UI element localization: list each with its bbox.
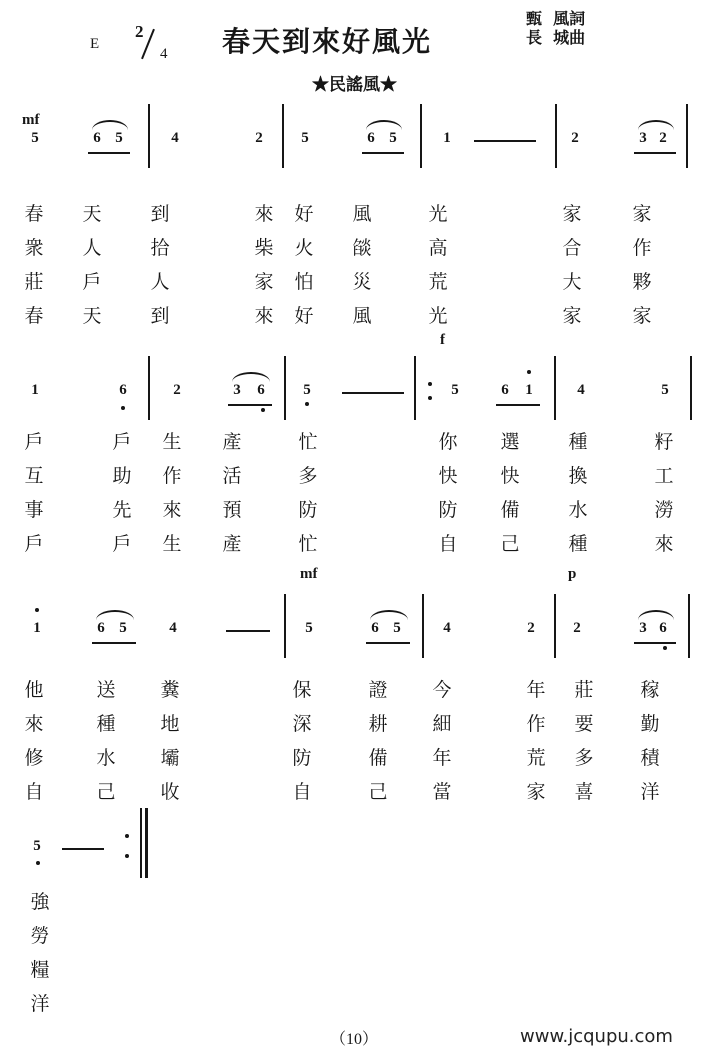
slur-arc bbox=[370, 610, 408, 620]
lyric-char: 柴 bbox=[252, 236, 276, 260]
lyric-char: 產 bbox=[220, 430, 244, 454]
bar-line bbox=[554, 594, 556, 658]
lyric-char: 來 bbox=[252, 202, 276, 226]
note-digit: 6 bbox=[90, 130, 104, 147]
slur-arc bbox=[366, 120, 402, 130]
lyric-char: 春 bbox=[22, 304, 46, 328]
lyricist-name: 甄 bbox=[526, 9, 542, 28]
note-digit: 1 bbox=[30, 620, 44, 637]
lyric-char: 來 bbox=[22, 712, 46, 736]
lyric-char: 備 bbox=[366, 746, 390, 770]
lyric-char: 家 bbox=[560, 304, 584, 328]
note-digit: 4 bbox=[168, 130, 182, 147]
lyric-char: 預 bbox=[220, 498, 244, 522]
lyric-char: 人 bbox=[80, 236, 104, 260]
time-signature-denominator: 4 bbox=[160, 46, 168, 63]
slur-arc bbox=[638, 610, 674, 620]
repeat-dot bbox=[428, 382, 432, 386]
lyric-char: 收 bbox=[158, 780, 182, 804]
composer-name2: 城 bbox=[553, 28, 569, 47]
watermark-url: www.jcqupu.com bbox=[520, 1026, 673, 1047]
time-signature-numerator: 2 bbox=[135, 22, 144, 42]
note-digit: 5 bbox=[448, 382, 462, 399]
lyric-char: 工 bbox=[652, 464, 676, 488]
note-digit: 5 bbox=[386, 130, 400, 147]
lyric-char: 到 bbox=[148, 202, 172, 226]
bar-line bbox=[148, 356, 150, 420]
slur-arc bbox=[638, 120, 674, 130]
lyric-char: 忙 bbox=[296, 430, 320, 454]
lyric-char: 防 bbox=[436, 498, 460, 522]
lyric-char: 種 bbox=[566, 430, 590, 454]
eighth-underline bbox=[88, 152, 130, 154]
eighth-underline bbox=[496, 404, 540, 406]
lyric-char: 戶 bbox=[22, 532, 46, 556]
bar-line bbox=[282, 104, 284, 168]
lyric-char: 他 bbox=[22, 678, 46, 702]
lyric-char: 自 bbox=[22, 780, 46, 804]
extension-dash bbox=[474, 140, 536, 142]
lyric-char: 光 bbox=[426, 304, 450, 328]
note-digit: 5 bbox=[116, 620, 130, 637]
lyric-char: 保 bbox=[290, 678, 314, 702]
lyric-char: 戶 bbox=[22, 430, 46, 454]
lyric-char: 先 bbox=[110, 498, 134, 522]
lyric-char: 大 bbox=[560, 270, 584, 294]
extension-dash bbox=[62, 848, 104, 850]
note-digit: 5 bbox=[30, 838, 44, 855]
note-digit: 5 bbox=[658, 382, 672, 399]
lyric-char: 積 bbox=[638, 746, 662, 770]
composer-credit: 長 城曲 bbox=[526, 29, 585, 47]
octave-dot-below bbox=[36, 861, 40, 865]
eighth-underline bbox=[228, 404, 272, 406]
dynamic-marking: mf bbox=[22, 112, 40, 129]
lyric-char: 水 bbox=[94, 746, 118, 770]
lyric-char: 耕 bbox=[366, 712, 390, 736]
lyric-char: 產 bbox=[220, 532, 244, 556]
lyric-char: 家 bbox=[560, 202, 584, 226]
lyric-char: 莊 bbox=[22, 270, 46, 294]
lyric-char: 洋 bbox=[28, 992, 52, 1016]
lyric-char: 災 bbox=[350, 270, 374, 294]
lyric-char: 備 bbox=[498, 498, 522, 522]
bar-line bbox=[420, 104, 422, 168]
lyricist-credit: 甄 風詞 bbox=[526, 10, 585, 28]
octave-dot-below bbox=[663, 646, 667, 650]
lyric-char: 強 bbox=[28, 890, 52, 914]
slur-arc bbox=[92, 120, 128, 130]
eighth-underline bbox=[634, 642, 676, 644]
lyric-char: 多 bbox=[296, 464, 320, 488]
repeat-dot bbox=[125, 854, 129, 858]
eighth-underline bbox=[92, 642, 136, 644]
lyric-char: 澇 bbox=[652, 498, 676, 522]
lyricist-name2: 風 bbox=[553, 9, 569, 28]
bar-line bbox=[284, 356, 286, 420]
repeat-end-barline bbox=[145, 808, 148, 878]
bar-line bbox=[422, 594, 424, 658]
page-number: （10） bbox=[330, 1026, 378, 1049]
note-digit: 2 bbox=[170, 382, 184, 399]
octave-dot-below bbox=[121, 406, 125, 410]
lyric-char: 修 bbox=[22, 746, 46, 770]
lyric-char: 到 bbox=[148, 304, 172, 328]
lyric-char: 拾 bbox=[148, 236, 172, 260]
bar-line bbox=[690, 356, 692, 420]
note-digit: 1 bbox=[28, 382, 42, 399]
lyric-char: 己 bbox=[94, 780, 118, 804]
extension-dash bbox=[226, 630, 270, 632]
repeat-end-barline bbox=[140, 808, 142, 878]
note-digit: 2 bbox=[570, 620, 584, 637]
lyric-char: 天 bbox=[80, 304, 104, 328]
note-digit: 3 bbox=[230, 382, 244, 399]
repeat-dot bbox=[125, 834, 129, 838]
lyric-char: 互 bbox=[22, 464, 46, 488]
lyric-char: 當 bbox=[430, 780, 454, 804]
note-digit: 4 bbox=[166, 620, 180, 637]
lyric-char: 春 bbox=[22, 202, 46, 226]
lyric-char: 勤 bbox=[638, 712, 662, 736]
eighth-underline bbox=[366, 642, 410, 644]
lyric-char: 喜 bbox=[572, 780, 596, 804]
lyric-char: 荒 bbox=[426, 270, 450, 294]
lyric-char: 家 bbox=[524, 780, 548, 804]
bar-line bbox=[555, 104, 557, 168]
lyric-char: 今 bbox=[430, 678, 454, 702]
lyric-char: 戶 bbox=[110, 532, 134, 556]
bar-line bbox=[554, 356, 556, 420]
lyric-char: 光 bbox=[426, 202, 450, 226]
lyric-char: 衆 bbox=[22, 236, 46, 260]
lyric-char: 籽 bbox=[652, 430, 676, 454]
lyric-char: 戶 bbox=[110, 430, 134, 454]
note-digit: 5 bbox=[390, 620, 404, 637]
note-digit: 5 bbox=[302, 620, 316, 637]
note-digit: 4 bbox=[440, 620, 454, 637]
lyric-char: 作 bbox=[630, 236, 654, 260]
lyric-char: 選 bbox=[498, 430, 522, 454]
slur-arc bbox=[232, 372, 270, 382]
bar-line bbox=[688, 594, 690, 658]
lyric-char: 種 bbox=[566, 532, 590, 556]
bar-line bbox=[284, 594, 286, 658]
lyric-char: 好 bbox=[292, 202, 316, 226]
style-subtitle: ★民謠風★ bbox=[0, 70, 709, 95]
lyric-char: 合 bbox=[560, 236, 584, 260]
lyric-char: 換 bbox=[566, 464, 590, 488]
note-digit: 5 bbox=[28, 130, 42, 147]
lyric-char: 糞 bbox=[158, 678, 182, 702]
repeat-start-barline bbox=[414, 356, 416, 420]
lyric-char: 己 bbox=[498, 532, 522, 556]
note-digit: 3 bbox=[636, 620, 650, 637]
slur-arc bbox=[96, 610, 134, 620]
lyric-char: 家 bbox=[630, 202, 654, 226]
lyric-char: 作 bbox=[160, 464, 184, 488]
lyric-char: 生 bbox=[160, 430, 184, 454]
note-digit: 1 bbox=[440, 130, 454, 147]
lyric-char: 來 bbox=[160, 498, 184, 522]
lyric-char: 地 bbox=[158, 712, 182, 736]
lyric-char: 糧 bbox=[28, 958, 52, 982]
lyric-char: 快 bbox=[498, 464, 522, 488]
lyric-char: 防 bbox=[290, 746, 314, 770]
octave-dot-above bbox=[527, 370, 531, 374]
note-digit: 2 bbox=[524, 620, 538, 637]
note-digit: 6 bbox=[254, 382, 268, 399]
note-digit: 6 bbox=[368, 620, 382, 637]
lyric-char: 家 bbox=[630, 304, 654, 328]
lyric-char: 天 bbox=[80, 202, 104, 226]
note-digit: 6 bbox=[364, 130, 378, 147]
lyric-char: 稼 bbox=[638, 678, 662, 702]
lyric-char: 好 bbox=[292, 304, 316, 328]
note-digit: 6 bbox=[498, 382, 512, 399]
lyric-char: 荒 bbox=[524, 746, 548, 770]
lyric-char: 洋 bbox=[638, 780, 662, 804]
lyric-char: 風 bbox=[350, 304, 374, 328]
note-digit: 2 bbox=[252, 130, 266, 147]
lyric-char: 事 bbox=[22, 498, 46, 522]
note-digit: 5 bbox=[300, 382, 314, 399]
lyric-char: 你 bbox=[436, 430, 460, 454]
bar-line bbox=[148, 104, 150, 168]
lyric-char: 證 bbox=[366, 678, 390, 702]
note-digit: 5 bbox=[298, 130, 312, 147]
lyric-char: 送 bbox=[94, 678, 118, 702]
lyric-char: 多 bbox=[572, 746, 596, 770]
lyric-char: 種 bbox=[94, 712, 118, 736]
lyric-char: 來 bbox=[652, 532, 676, 556]
lyric-char: 自 bbox=[290, 780, 314, 804]
repeat-dot bbox=[428, 396, 432, 400]
eighth-underline bbox=[634, 152, 676, 154]
octave-dot-below bbox=[305, 402, 309, 406]
lyric-char: 快 bbox=[436, 464, 460, 488]
lyric-char: 深 bbox=[290, 712, 314, 736]
lyric-char: 風 bbox=[350, 202, 374, 226]
note-digit: 2 bbox=[656, 130, 670, 147]
lyric-char: 助 bbox=[110, 464, 134, 488]
lyric-char: 防 bbox=[296, 498, 320, 522]
note-digit: 3 bbox=[636, 130, 650, 147]
dynamic-marking: p bbox=[568, 566, 576, 583]
composer-role: 曲 bbox=[569, 28, 585, 47]
lyric-char: 年 bbox=[524, 678, 548, 702]
octave-dot-below bbox=[261, 408, 265, 412]
note-digit: 5 bbox=[112, 130, 126, 147]
lyric-char: 水 bbox=[566, 498, 590, 522]
composer-name: 長 bbox=[526, 28, 542, 47]
lyric-char: 己 bbox=[366, 780, 390, 804]
bar-line bbox=[686, 104, 688, 168]
octave-dot-above bbox=[35, 608, 39, 612]
lyric-char: 來 bbox=[252, 304, 276, 328]
lyric-char: 怕 bbox=[292, 270, 316, 294]
lyric-char: 高 bbox=[426, 236, 450, 260]
eighth-underline bbox=[362, 152, 404, 154]
lyric-char: 生 bbox=[160, 532, 184, 556]
lyric-char: 活 bbox=[220, 464, 244, 488]
extension-dash bbox=[342, 392, 404, 394]
lyric-char: 自 bbox=[436, 532, 460, 556]
lyric-char: 細 bbox=[430, 712, 454, 736]
lyric-char: 勞 bbox=[28, 924, 52, 948]
song-title: 春天到來好風光 bbox=[222, 20, 432, 60]
note-digit: 2 bbox=[568, 130, 582, 147]
note-digit: 6 bbox=[94, 620, 108, 637]
lyricist-role: 詞 bbox=[569, 9, 585, 28]
lyric-char: 家 bbox=[252, 270, 276, 294]
lyric-char: 戶 bbox=[80, 270, 104, 294]
lyric-char: 作 bbox=[524, 712, 548, 736]
lyric-char: 夥 bbox=[630, 270, 654, 294]
dynamic-marking: f bbox=[440, 332, 445, 349]
dynamic-marking: mf bbox=[300, 566, 318, 583]
note-digit: 6 bbox=[656, 620, 670, 637]
lyric-char: 要 bbox=[572, 712, 596, 736]
lyric-char: 忙 bbox=[296, 532, 320, 556]
key-signature: E bbox=[90, 36, 99, 53]
lyric-char: 年 bbox=[430, 746, 454, 770]
lyric-char: 莊 bbox=[572, 678, 596, 702]
note-digit: 6 bbox=[116, 382, 130, 399]
lyric-char: 火 bbox=[292, 236, 316, 260]
lyric-char: 壩 bbox=[158, 746, 182, 770]
note-digit: 4 bbox=[574, 382, 588, 399]
lyric-char: 燄 bbox=[350, 236, 374, 260]
note-digit: 1 bbox=[522, 382, 536, 399]
lyric-char: 人 bbox=[148, 270, 172, 294]
